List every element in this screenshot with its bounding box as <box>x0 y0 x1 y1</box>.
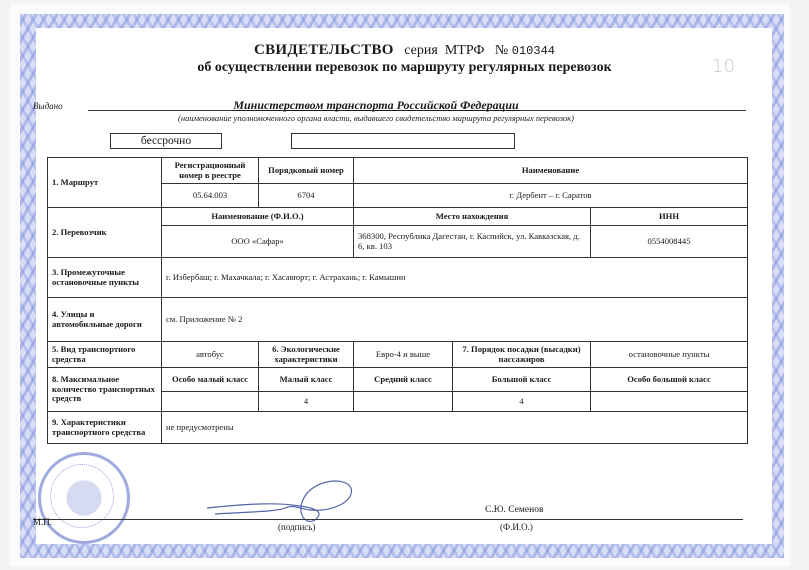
route-name: г. Дербент – г. Саратов <box>354 184 748 208</box>
class-medium: Средний класс <box>354 368 453 392</box>
validity-box: бессрочно <box>110 133 222 149</box>
count-medium <box>354 392 453 412</box>
stops-value: г. Избербаш; г. Махачкала; г. Хасавюрт; … <box>162 258 748 298</box>
certificate-title: СВИДЕТЕЛЬСТВО серия МТРФ № 010344 <box>0 42 809 59</box>
secondary-box <box>291 133 515 149</box>
roads-label: 4. Улицы и автомобильные дороги <box>48 298 162 342</box>
reg-number-header: Регистрационный номер в реестре <box>162 158 259 184</box>
boarding-value: остановочные пункты <box>591 342 748 368</box>
issued-label: Выдано <box>33 101 63 111</box>
vehicle-type-value: автобус <box>162 342 259 368</box>
certificate-table: 1. Маршрут Регистрационный номер в реест… <box>47 157 748 444</box>
max-vehicles-label: 8. Максимальное количество транспортных … <box>48 368 162 412</box>
route-label: 1. Маршрут <box>48 158 162 208</box>
count-extra-small <box>162 392 259 412</box>
reg-number: 05.64.003 <box>162 184 259 208</box>
count-small: 4 <box>259 392 354 412</box>
stops-label: 3. Промежуточные остановочные пункты <box>48 258 162 298</box>
certificate-subtitle: об осуществлении перевозок по маршруту р… <box>0 60 809 76</box>
series-label: серия <box>404 43 438 58</box>
class-large: Большой класс <box>453 368 591 392</box>
carrier-name: ООО «Сафар» <box>162 226 354 258</box>
vehicle-type-label: 5. Вид транспортного средства <box>48 342 162 368</box>
issued-note: (наименование уполномоченного органа вла… <box>88 113 664 123</box>
carrier-location: 368300, Республика Дагестан, г. Каспийск… <box>354 226 591 258</box>
route-name-header: Наименование <box>354 158 748 184</box>
vehicle-chars-label: 9. Характеристики транспортного средства <box>48 412 162 444</box>
signer-name-label: (Ф.И.О.) <box>500 522 533 532</box>
signer-name: С.Ю. Семенов <box>485 505 543 515</box>
roads-value: см. Приложение № 2 <box>162 298 748 342</box>
eco-label: 6. Экологические характеристики <box>259 342 354 368</box>
boarding-label: 7. Порядок посадки (высадки) пассажиров <box>453 342 591 368</box>
certificate-number: 010344 <box>512 44 555 58</box>
series-value: МТРФ <box>445 43 485 58</box>
title-text: СВИДЕТЕЛЬСТВО <box>254 42 394 58</box>
order-number: 6704 <box>259 184 354 208</box>
stamp-place-label: М.П. <box>33 517 52 527</box>
carrier-label: 2. Перевозчик <box>48 208 162 258</box>
signature-label: (подпись) <box>278 522 315 532</box>
class-extra-small: Особо малый класс <box>162 368 259 392</box>
carrier-location-header: Место нахождения <box>354 208 591 226</box>
carrier-inn-header: ИНН <box>591 208 748 226</box>
class-small: Малый класс <box>259 368 354 392</box>
count-extra-large <box>591 392 748 412</box>
handwritten-mark: 10 <box>712 56 735 77</box>
issuing-authority: Министерством транспорта Российской Феде… <box>88 98 664 113</box>
carrier-name-header: Наименование (Ф.И.О.) <box>162 208 354 226</box>
order-number-header: Порядковый номер <box>259 158 354 184</box>
number-label: № <box>495 43 508 58</box>
vehicle-chars-value: не предусмотрены <box>162 412 748 444</box>
count-large: 4 <box>453 392 591 412</box>
eco-value: Евро-4 и выше <box>354 342 453 368</box>
signature-line <box>33 519 743 520</box>
carrier-inn: 0554008445 <box>591 226 748 258</box>
class-extra-large: Особо большой класс <box>591 368 748 392</box>
